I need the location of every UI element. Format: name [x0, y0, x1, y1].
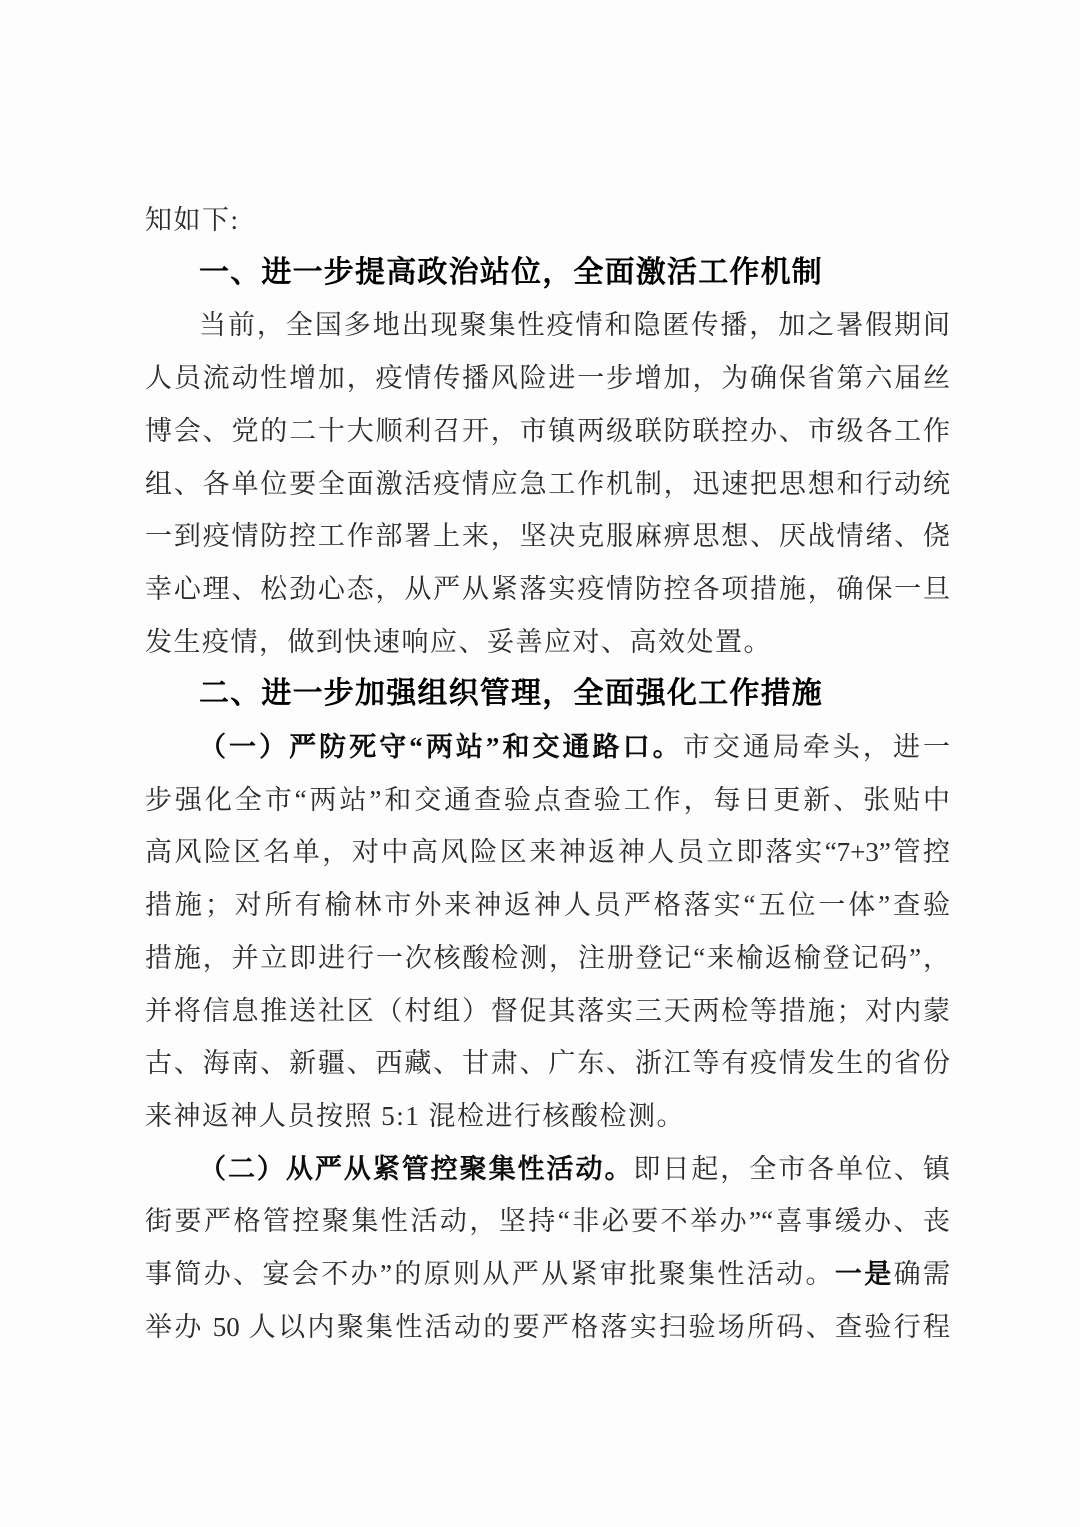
doc-line-paragraph-end: 来神返神人员按照 5:1 混检进行核酸检测。: [145, 1090, 950, 1143]
text-run: 确需: [894, 1259, 950, 1289]
document-page: 知如下: 一、进一步提高政治站位，全面激活工作机制 当前，全国多地出现聚集性疫情…: [0, 0, 1080, 1527]
clause-one-title: （一）严防死守“两站”和交通路口。: [199, 732, 683, 762]
text-run: 措施，并立即进行一次核酸检测，注册登记“来榆返榆登记码”，: [145, 943, 950, 973]
text-run: 市交通局牵头，进一: [683, 732, 950, 762]
heading-text: 一、进一步提高政治站位，全面激活工作机制: [199, 256, 823, 289]
text-run: 人员流动性增加，疫情传播风险进一步增加，为确保省第六届丝: [145, 363, 950, 393]
text-run: 步强化全市“两站”和交通查验点查验工作，每日更新、张贴中: [145, 785, 950, 815]
text-run: 并将信息推送社区（村组）督促其落实三天两检等措施；对内蒙: [145, 996, 950, 1026]
text-run: 举办 50 人以内聚集性活动的要严格落实扫验场所码、查验行程: [145, 1312, 950, 1342]
text-run: 古、海南、新疆、西藏、甘肃、广东、浙江等有疫情发生的省份: [145, 1048, 950, 1078]
clause-two-title: （二）从严从紧管控聚集性活动。: [199, 1154, 633, 1184]
doc-line: 步强化全市“两站”和交通查验点查验工作，每日更新、张贴中: [145, 774, 950, 827]
doc-line: 古、海南、新疆、西藏、甘肃、广东、浙江等有疫情发生的省份: [145, 1037, 950, 1090]
text-run: 博会、党的二十大顺利召开，市镇两级联防联控办、市级各工作: [145, 416, 950, 446]
doc-line: 当前，全国多地出现聚集性疫情和隐匿传播，加之暑假期间: [145, 299, 950, 352]
emphasis-yishi: 一是: [835, 1259, 894, 1289]
doc-line: 事简办、宴会不办”的原则从严从紧审批聚集性活动。一是确需: [145, 1248, 950, 1301]
text-run: 措施；对所有榆林市外来神返神人员严格落实“五位一体”查验: [145, 890, 950, 920]
text-run: 知如下:: [145, 205, 240, 235]
text-run: 当前，全国多地出现聚集性疫情和隐匿传播，加之暑假期间: [199, 310, 950, 340]
doc-line-clause-one: （一）严防死守“两站”和交通路口。市交通局牵头，进一: [145, 721, 950, 774]
doc-line: 并将信息推送社区（村组）督促其落实三天两检等措施；对内蒙: [145, 985, 950, 1038]
doc-line: 高风险区名单，对中高风险区来神返神人员立即落实“7+3”管控: [145, 826, 950, 879]
document-body: 知如下: 一、进一步提高政治站位，全面激活工作机制 当前，全国多地出现聚集性疫情…: [145, 194, 950, 1353]
doc-line: 博会、党的二十大顺利召开，市镇两级联防联控办、市级各工作: [145, 405, 950, 458]
section-two-heading: 二、进一步加强组织管理，全面强化工作措施: [145, 668, 950, 721]
section-one-heading: 一、进一步提高政治站位，全面激活工作机制: [145, 247, 950, 300]
doc-line-paragraph-end: 发生疫情，做到快速响应、妥善应对、高效处置。: [145, 616, 950, 669]
text-run: 街要严格管控聚集性活动，坚持“非必要不举办”“喜事缓办、丧: [145, 1206, 950, 1236]
doc-line: 举办 50 人以内聚集性活动的要严格落实扫验场所码、查验行程: [145, 1301, 950, 1354]
text-run: 发生疫情，做到快速响应、妥善应对、高效处置。: [145, 627, 772, 657]
doc-line: 措施；对所有榆林市外来神返神人员严格落实“五位一体”查验: [145, 879, 950, 932]
text-run: 一到疫情防控工作部署上来，坚决克服麻痹思想、厌战情绪、侥: [145, 521, 950, 551]
doc-line: 人员流动性增加，疫情传播风险进一步增加，为确保省第六届丝: [145, 352, 950, 405]
doc-line: 幸心理、松劲心态，从严从紧落实疫情防控各项措施，确保一旦: [145, 563, 950, 616]
doc-line: 措施，并立即进行一次核酸检测，注册登记“来榆返榆登记码”，: [145, 932, 950, 985]
doc-line: 街要严格管控聚集性活动，坚持“非必要不举办”“喜事缓办、丧: [145, 1195, 950, 1248]
text-run: 来神返神人员按照 5:1 混检进行核酸检测。: [145, 1101, 685, 1131]
doc-line: 组、各单位要全面激活疫情应急工作机制，迅速把思想和行动统: [145, 458, 950, 511]
text-run: 组、各单位要全面激活疫情应急工作机制，迅速把思想和行动统: [145, 469, 950, 499]
text-run: 即日起，全市各单位、镇: [633, 1154, 950, 1184]
text-run: 幸心理、松劲心态，从严从紧落实疫情防控各项措施，确保一旦: [145, 574, 950, 604]
text-run: 事简办、宴会不办”的原则从严从紧审批聚集性活动。: [145, 1259, 835, 1289]
doc-line-clause-two: （二）从严从紧管控聚集性活动。即日起，全市各单位、镇: [145, 1143, 950, 1196]
heading-text: 二、进一步加强组织管理，全面强化工作措施: [199, 677, 823, 710]
doc-line: 一到疫情防控工作部署上来，坚决克服麻痹思想、厌战情绪、侥: [145, 510, 950, 563]
doc-line-continuation: 知如下:: [145, 194, 950, 247]
text-run: 高风险区名单，对中高风险区来神返神人员立即落实“7+3”管控: [145, 837, 950, 867]
